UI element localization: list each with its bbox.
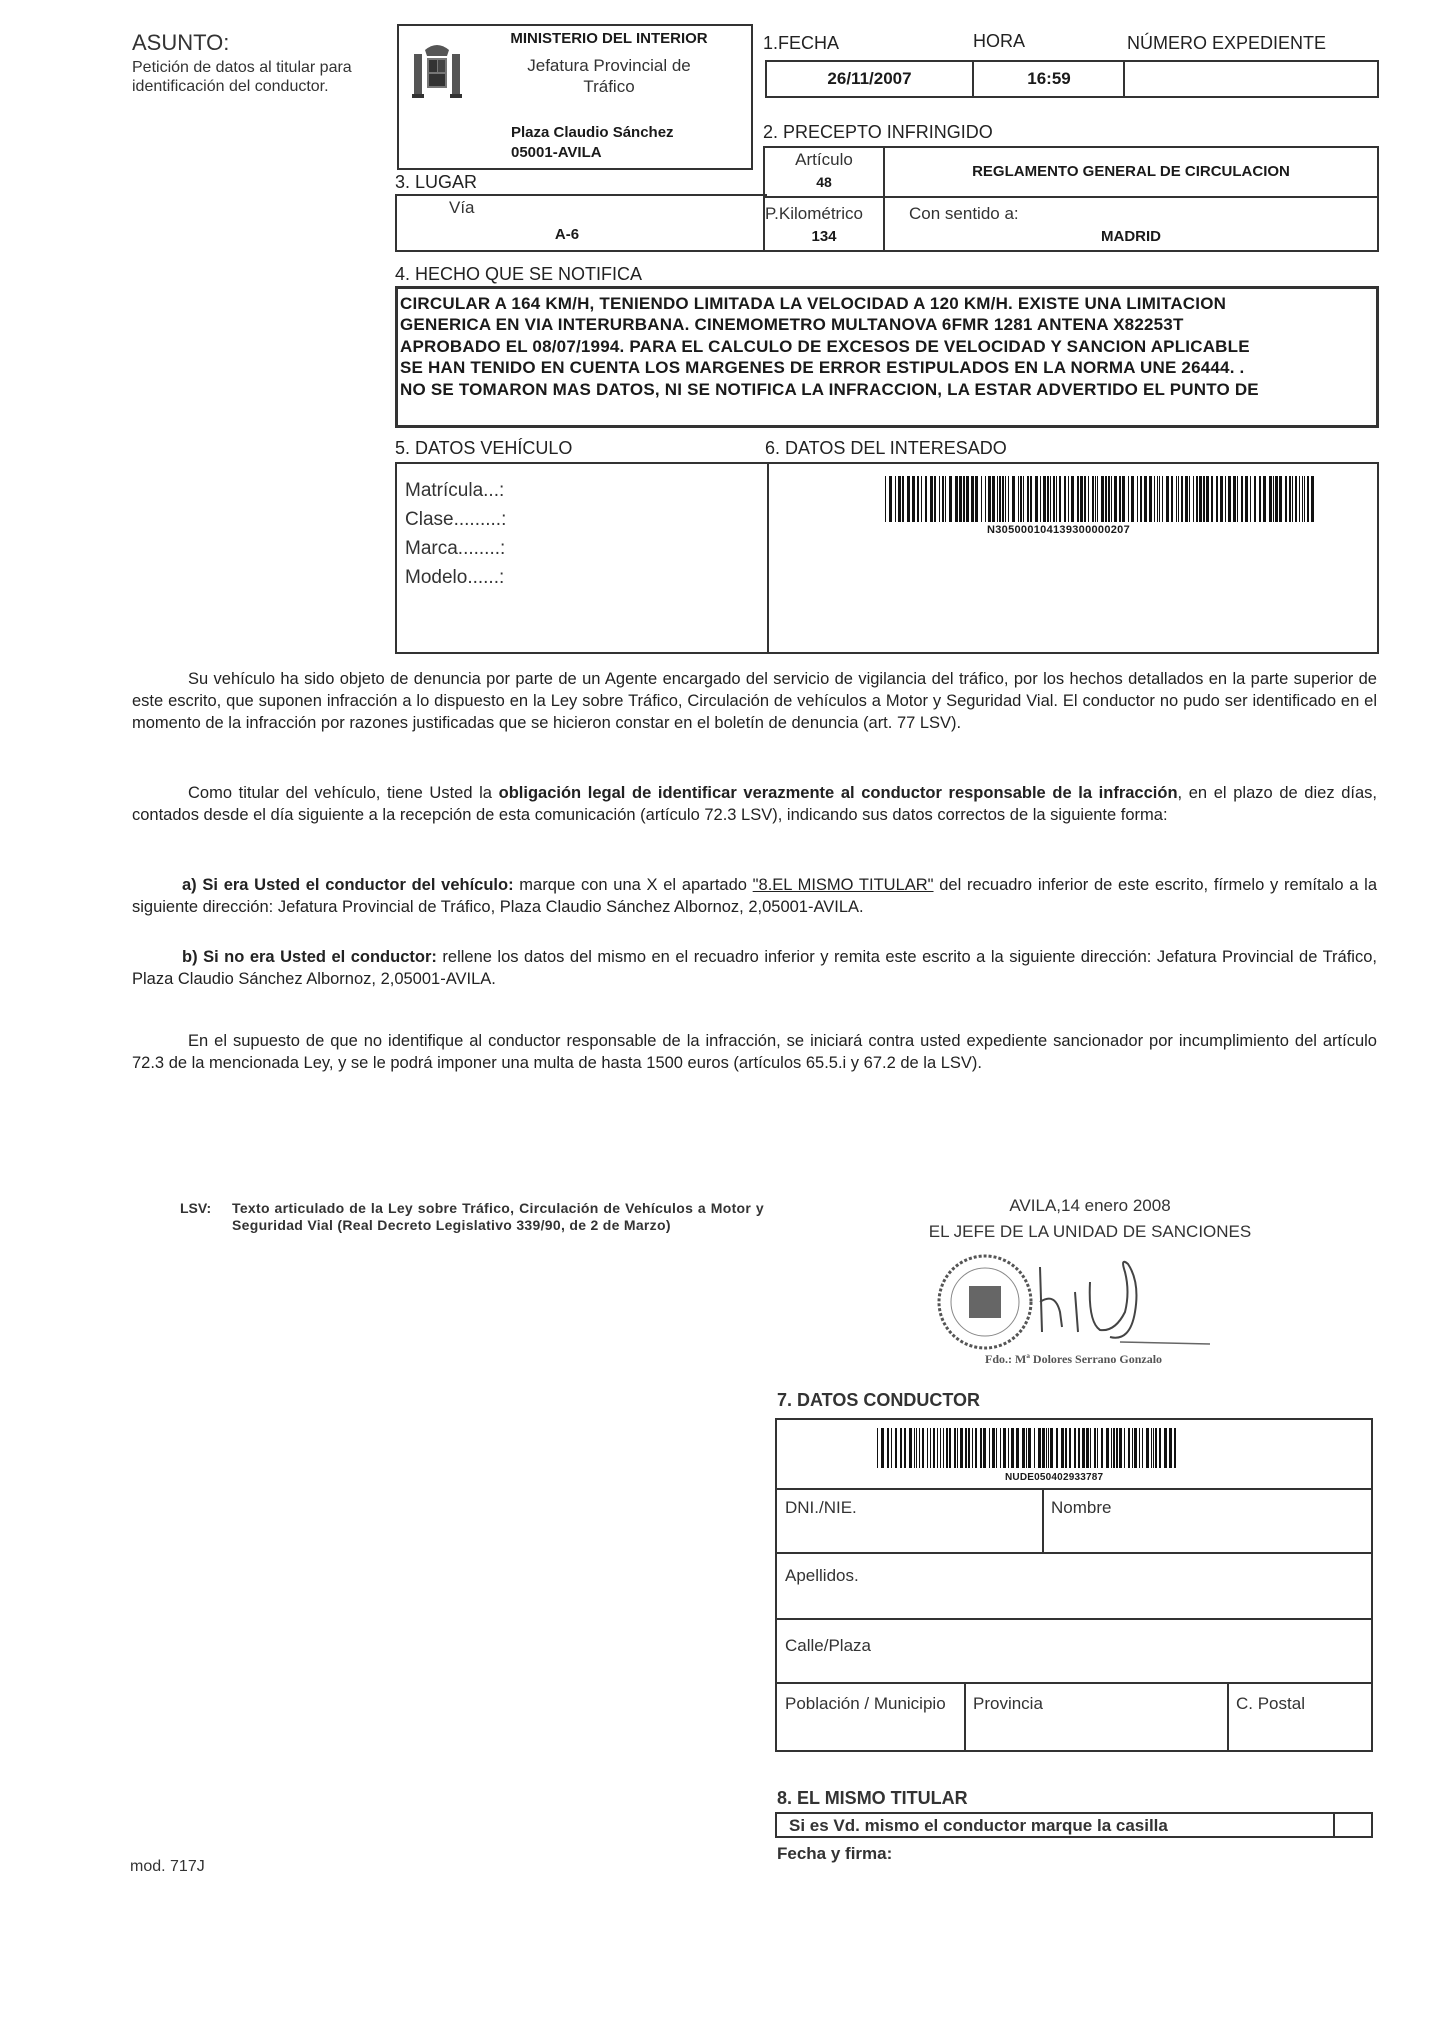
pk-label: P.Kilométrico — [765, 204, 883, 224]
office-line1: Jefatura Provincial de — [469, 56, 749, 76]
mismo-titular-checkbox[interactable] — [1335, 1814, 1371, 1836]
signer-role: EL JEFE DE LA UNIDAD DE SANCIONES — [880, 1222, 1300, 1242]
interesado-barcode — [885, 476, 1317, 522]
fecha-firma-label: Fecha y firma: — [777, 1844, 892, 1864]
interesado-barcode-text: N305000104139300000207 — [987, 524, 1130, 536]
fecha-value: 26/11/2007 — [767, 69, 972, 89]
lugar-title: 3. LUGAR — [395, 172, 477, 193]
clase-label: Clase.........: — [405, 509, 506, 531]
paragraph-sancion: En el supuesto de que no identifique al … — [132, 1030, 1377, 1074]
asunto-title: ASUNTO: — [132, 30, 372, 56]
paragraph-option-b: b) Si no era Usted el conductor: rellene… — [132, 946, 1377, 990]
hecho-line: APROBADO EL 08/07/1994. PARA EL CALCULO … — [400, 336, 1376, 358]
section3-box: Vía A-6 — [395, 194, 767, 252]
hora-value: 16:59 — [974, 69, 1124, 89]
hecho-title: 4. HECHO QUE SE NOTIFICA — [395, 264, 642, 285]
office-line2: Tráfico — [469, 77, 749, 97]
expediente-label: NÚMERO EXPEDIENTE — [1127, 33, 1326, 54]
ministry-name: MINISTERIO DEL INTERIOR — [469, 30, 749, 47]
address-line2: 05001-AVILA — [511, 144, 602, 161]
articulo-label: Artículo — [765, 150, 883, 170]
hecho-line: NO SE TOMARON MAS DATOS, NI SE NOTIFICA … — [400, 379, 1376, 401]
sentido-value: MADRID — [885, 228, 1377, 245]
interesado-title: 6. DATOS DEL INTERESADO — [765, 438, 1007, 459]
official-stamp-icon — [935, 1252, 1035, 1352]
address-line1: Plaza Claudio Sánchez — [511, 124, 674, 141]
hecho-line: SE HAN TENIDO EN CUENTA LOS MARGENES DE … — [400, 357, 1376, 379]
ministry-header-box: MINISTERIO DEL INTERIOR Jefatura Provinc… — [397, 24, 753, 170]
paragraph-obligacion: Como titular del vehículo, tiene Usted l… — [132, 782, 1377, 826]
paragraph-denuncia: Su vehículo ha sido objeto de denuncia p… — [132, 668, 1377, 734]
precepto-title: 2. PRECEPTO INFRINGIDO — [763, 122, 993, 143]
fecha-label: 1.FECHA — [763, 33, 839, 54]
mismo-titular-reference: "8.EL MISMO TITULAR" — [753, 876, 934, 894]
paragraph-option-a: a) Si era Usted el conductor del vehícul… — [132, 874, 1377, 918]
provincia-label[interactable]: Provincia — [973, 1694, 1223, 1744]
pk-value: 134 — [765, 228, 883, 245]
lsv-text: Texto articulado de la Ley sobre Tráfico… — [232, 1200, 764, 1234]
obligacion-emphasis: obligación legal de identificar verazmen… — [499, 784, 1178, 802]
lsv-label: LSV: — [180, 1200, 211, 1216]
asunto-block: ASUNTO: Petición de datos al titular par… — [132, 30, 372, 96]
apellidos-label[interactable]: Apellidos. — [785, 1566, 1365, 1616]
place-date: AVILA,14 enero 2008 — [900, 1196, 1280, 1216]
matricula-label: Matrícula...: — [405, 480, 504, 502]
marca-label: Marca........: — [405, 538, 505, 560]
reglamento-value: REGLAMENTO GENERAL DE CIRCULACION — [885, 163, 1377, 180]
mismo-titular-box: Si es Vd. mismo el conductor marque la c… — [775, 1812, 1373, 1838]
conductor-barcode — [877, 1428, 1179, 1468]
section2-box: Artículo 48 REGLAMENTO GENERAL DE CIRCUL… — [763, 146, 1379, 252]
via-value: A-6 — [397, 226, 737, 243]
asunto-text: Petición de datos al titular para identi… — [132, 58, 372, 96]
model-number: mod. 717J — [130, 1858, 205, 1876]
mismo-titular-title: 8. EL MISMO TITULAR — [777, 1788, 968, 1809]
via-label: Vía — [449, 198, 475, 218]
signature-scribble-icon — [1030, 1252, 1230, 1352]
coat-of-arms-icon — [411, 40, 463, 102]
conductor-box: NUDE050402933787 DNI./NIE. Nombre Apelli… — [775, 1418, 1373, 1752]
calle-label[interactable]: Calle/Plaza — [785, 1636, 1365, 1676]
modelo-label: Modelo......: — [405, 567, 504, 589]
section1-box: 26/11/2007 16:59 — [765, 60, 1379, 98]
vehiculo-title: 5. DATOS VEHÍCULO — [395, 438, 572, 459]
hecho-line: CIRCULAR A 164 KM/H, TENIENDO LIMITADA L… — [400, 293, 1376, 315]
articulo-value: 48 — [765, 174, 883, 190]
sentido-label: Con sentido a: — [909, 204, 1019, 224]
nombre-label[interactable]: Nombre — [1051, 1498, 1361, 1548]
dni-label[interactable]: DNI./NIE. — [785, 1498, 1035, 1548]
vehiculo-interesado-box: Matrícula...: Clase.........: Marca.....… — [395, 462, 1379, 654]
conductor-title: 7. DATOS CONDUCTOR — [777, 1390, 980, 1411]
cpostal-label[interactable]: C. Postal — [1236, 1694, 1366, 1744]
conductor-barcode-text: NUDE050402933787 — [1005, 1472, 1103, 1483]
hecho-line: GENERICA EN VIA INTERURBANA. CINEMOMETRO… — [400, 314, 1376, 336]
poblacion-label[interactable]: Población / Municipio — [785, 1694, 960, 1744]
mismo-titular-text: Si es Vd. mismo el conductor marque la c… — [789, 1816, 1168, 1836]
hecho-box: CIRCULAR A 164 KM/H, TENIENDO LIMITADA L… — [395, 286, 1379, 428]
hora-label: HORA — [973, 31, 1025, 52]
signed-by: Fdo.: Mª Dolores Serrano Gonzalo — [985, 1352, 1162, 1367]
